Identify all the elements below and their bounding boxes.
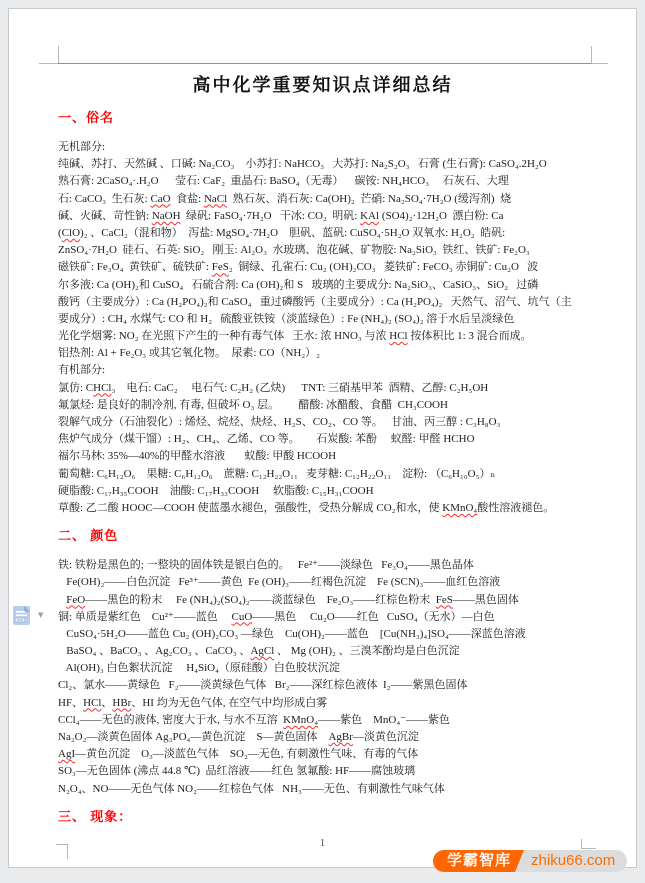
text-line: 葡萄糖: C₆H₁₂O₆ 果糖: C₆H₁₂O₆ 蔗糖: C₁₂H₂₂O₁₁ 麦… <box>58 466 598 483</box>
text-line: Fe(OH)₂——白色沉淀 Fe³⁺——黄色 Fe (OH)₃——红褐色沉淀 F… <box>58 574 598 591</box>
text-line: 有机部分: <box>58 362 598 379</box>
text-line: AgI—黄色沉淀 O₃—淡蓝色气体 SO₂—无色, 有刺激性气味、有毒的气体 <box>58 746 598 763</box>
text-line: SO₃—无色固体 (沸点 44.8 ℃) 品红溶液——红色 氢氟酸: HF——腐… <box>58 763 598 780</box>
crop-mark-top-left <box>58 46 59 63</box>
section-heading: 三、 现象： <box>58 808 598 825</box>
section-heading: 二、 颜色 <box>58 527 598 544</box>
text-line: 酸钙（主要成分）: Ca (H₂PO₄)₂和 CaSO₄ 重过磷酸钙（主要成分）… <box>58 294 598 311</box>
section-phenomena: 三、 现象： <box>58 808 598 825</box>
watermark-badge: 学霸智库 zhiku66.com <box>433 850 627 872</box>
text-line: 熟石膏: 2CaSO₄·.H₂O 莹石: CaF₂ 重晶石: BaSO₄（无毒）… <box>58 173 598 190</box>
text-line: 福尔马林: 35%—40%的甲醛水溶液 蚁酸: 甲酸 HCOOH <box>58 448 598 465</box>
document-page: 高中化学重要知识点详细总结 一、俗名 无机部分:纯碱、苏打、天然碱 、口碱: N… <box>8 8 637 868</box>
text-line: 无机部分: <box>58 139 598 156</box>
text-line: CuSO₄·5H₂O——蓝色 Cu₂ (OH)₂CO₃ —绿色 Cu(OH)₂—… <box>58 626 598 643</box>
document-body: 一、俗名 无机部分:纯碱、苏打、天然碱 、口碱: Na₂CO₃ 小苏打: NaH… <box>58 109 598 838</box>
text-line: 铁: 铁粉是黑色的; 一整块的固体铁是银白色的。 Fe²⁺——淡绿色 Fe₃O₄… <box>58 557 598 574</box>
text-line: CCl₄——无色的液体, 密度大于水, 与水不互溶 KMnO₄——紫色 MnO₄… <box>58 712 598 729</box>
text-line: 氯仿: CHCl₃ 电石: CaC₂ 电石气: C₂H₂ (乙炔) TNT: 三… <box>58 380 598 397</box>
text-line: ZnSO₄·7H₂O 硅石、石英: SiO₂ 刚玉: Al₂O₃ 水玻璃、泡花碱… <box>58 242 598 259</box>
section-common-names: 一、俗名 无机部分:纯碱、苏打、天然碱 、口碱: Na₂CO₃ 小苏打: NaH… <box>58 109 598 517</box>
text-line: HF、HCl、HBr、HI 均为无色气体, 在空气中均形成白雾 <box>58 695 598 712</box>
section-heading: 一、俗名 <box>58 109 598 126</box>
text-line: 铜: 单质是紫红色 Cu²⁺——蓝色 CuO——黑色 Cu₂O——红色 CuSO… <box>58 609 598 626</box>
header-boundary-stub-left <box>39 63 58 64</box>
text-line: N₂O₄、NO——无色气体 NO₂——红棕色气体 NH₃——无色、有刺激性气味气… <box>58 781 598 798</box>
document-note-icon <box>10 604 34 628</box>
text-line: 碱、火碱、苛性钠: NaOH 绿矾: FaSO₄·7H₂O 干冰: CO₂ 明矾… <box>58 208 598 225</box>
text-line: 铝热剂: Al + Fe₂O₃ 或其它氧化物。 尿素: CO（NH₂）₂ <box>58 345 598 362</box>
text-line: 硬脂酸: C₁₇H₃₅COOH 油酸: C₁₇H₃₃COOH 软脂酸: C₁₅H… <box>58 483 598 500</box>
watermark-domain: zhiku66.com <box>515 850 627 872</box>
text-line: 焦炉气成分（煤干馏）: H₂、CH₄、乙烯、CO 等。 石炭酸: 苯酚 蚁醛: … <box>58 431 598 448</box>
text-line: 石: CaCO₃ 生石灰: CaO 食盐: NaCl 熟石灰、消石灰: Ca(O… <box>58 191 598 208</box>
margin-annotation-button[interactable]: ▼ <box>10 604 50 630</box>
text-line: Cl₂、氯水——黄绿色 F₂——淡黄绿色气体 Br₂——深红棕色液体 I₂——紫… <box>58 677 598 694</box>
section-text: 铁: 铁粉是黑色的; 一整块的固体铁是银白色的。 Fe²⁺——淡绿色 Fe₃O₄… <box>58 557 598 798</box>
crop-mark-top-right <box>591 46 592 63</box>
text-line: 光化学烟雾: NO₂ 在光照下产生的一种有毒气体 王水: 浓 HNO₃ 与浓 H… <box>58 328 598 345</box>
text-line: 草酸: 乙二酸 HOOC—COOH 使蓝墨水褪色，强酸性，受热分解成 CO₂和水… <box>58 500 598 517</box>
text-line: 纯碱、苏打、天然碱 、口碱: Na₂CO₃ 小苏打: NaHCO₃ 大苏打: N… <box>58 156 598 173</box>
text-line: Al(OH)₃ 白色絮状沉淀 H₄SiO₄（原硅酸）白色胶状沉淀 <box>58 660 598 677</box>
text-line: 尔多液: Ca (OH)₂和 CuSO₄ 石硫合剂: Ca (OH)₂和 S 玻… <box>58 277 598 294</box>
page-title: 高中化学重要知识点详细总结 <box>9 71 636 97</box>
text-line: FeO——黑色的粉末 Fe (NH₄)₂(SO₄)₂——淡蓝绿色 Fe₂O₃——… <box>58 592 598 609</box>
header-boundary-line <box>58 63 591 64</box>
text-line: 裂解气成分（石油裂化）: 烯烃、烷烃、炔烃、H₂S、CO₂、CO 等。 甘油、丙… <box>58 414 598 431</box>
text-line: BaSO₄ 、BaCO₃ 、Ag₂CO₃ 、CaCO₃ 、AgCl 、 Mg (… <box>58 643 598 660</box>
section-text: 无机部分:纯碱、苏打、天然碱 、口碱: Na₂CO₃ 小苏打: NaHCO₃ 大… <box>58 139 598 517</box>
text-line: 要成分）: CH₄ 水煤气: CO 和 H₂ 硫酸亚铁铵（淡蓝绿色）: Fe (… <box>58 311 598 328</box>
text-line: 氟氯烃: 是良好的制冷剂, 有毒, 但破坏 O₃ 层。 醋酸: 冰醋酸、食醋 C… <box>58 397 598 414</box>
text-line: Na₂O₂—淡黄色固体 Ag₃PO₄—黄色沉淀 S—黄色固体 AgBr—淡黄色沉… <box>58 729 598 746</box>
text-line: (ClO)₂ 、CaCl₂（混和物） 泻盐: MgSO₄·7H₂O 胆矾、蓝矾:… <box>58 225 598 242</box>
header-boundary-stub-right <box>591 63 608 64</box>
section-colors: 二、 颜色 铁: 铁粉是黑色的; 一整块的固体铁是银白色的。 Fe²⁺——淡绿色… <box>58 527 598 798</box>
watermark-brand: 学霸智库 <box>433 850 515 872</box>
triangle-down-icon: ▼ <box>38 611 43 619</box>
page-number: 1 <box>9 837 636 849</box>
text-line: 磁铁矿: Fe₃O₄ 黄铁矿、硫铁矿: FeS₂ 铜绿、孔雀石: Cu₂ (OH… <box>58 259 598 276</box>
